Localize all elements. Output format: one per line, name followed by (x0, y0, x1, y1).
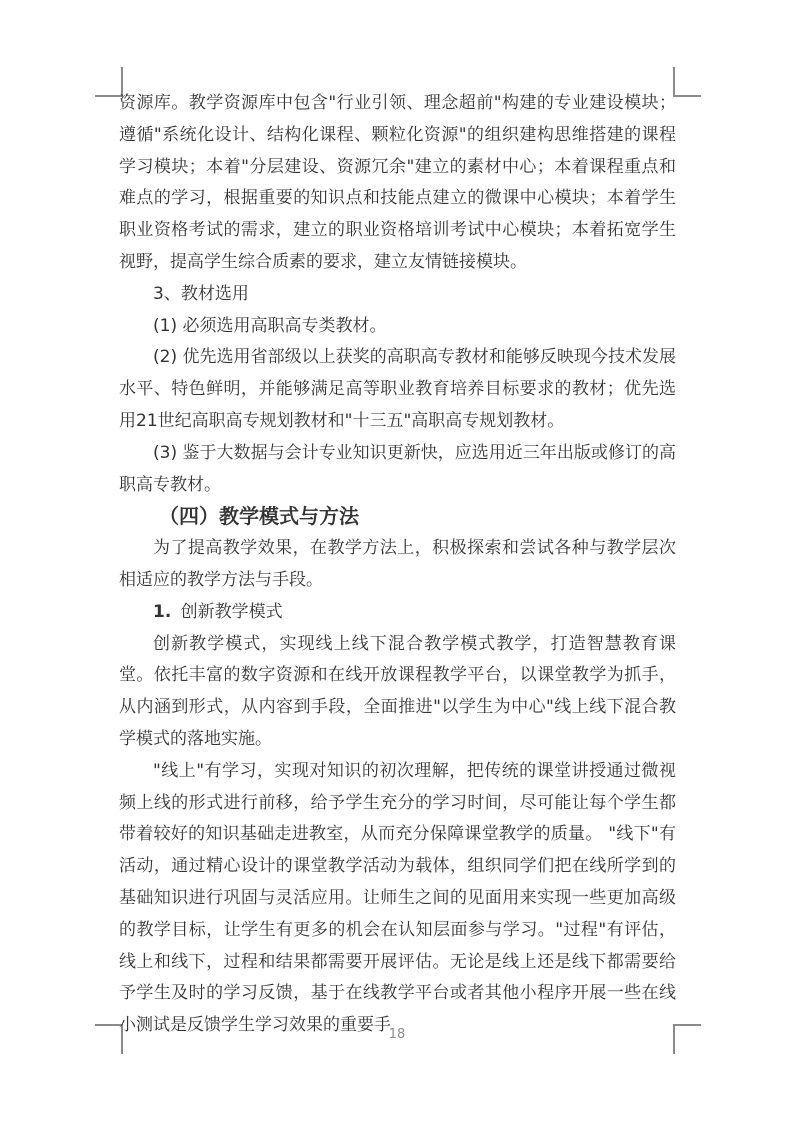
subsection-heading-textbook-selection: 3、教材选用 (119, 279, 676, 311)
subsection-number: 1. (153, 602, 171, 622)
document-page: 资源库。教学资源库中包含"行业引领、理念超前"构建的专业建设模块；遵循"系统化设… (0, 0, 794, 1123)
list-item-2: (2) 优先选用省部级以上获奖的高职高专教材和能够反映现今技术发展水平、特色鲜明… (119, 342, 676, 437)
section-heading-teaching-mode-methods: （四）教学模式与方法 (119, 501, 676, 533)
subsection-title: 创新教学模式 (181, 602, 283, 622)
paragraph-blended-teaching: 创新教学模式，实现线上线下混合教学模式教学，打造智慧教育课堂。依托丰富的数字资源… (119, 629, 676, 756)
crop-mark-top-right (673, 67, 701, 97)
list-item-1: (1) 必须选用高职高专类教材。 (119, 311, 676, 343)
paragraph-improve-teaching: 为了提高教学效果，在教学方法上，积极探索和尝试各种与教学层次相适应的教学方法与手… (119, 533, 676, 597)
paragraph-teaching-resources: 资源库。教学资源库中包含"行业引领、理念超前"构建的专业建设模块；遵循"系统化设… (119, 88, 676, 279)
subsection-heading-innovative-teaching-mode: 1.创新教学模式 (119, 597, 676, 629)
paragraph-online-offline-process: "线上"有学习，实现对知识的初次理解，把传统的课堂讲授通过微视频上线的形式进行前… (119, 756, 676, 1042)
list-item-3: (3) 鉴于大数据与会计专业知识更新快，应选用近三年出版或修订的高职高专教材。 (119, 438, 676, 502)
page-number: 18 (0, 1027, 794, 1042)
page-content: 资源库。教学资源库中包含"行业引领、理念超前"构建的专业建设模块；遵循"系统化设… (119, 88, 676, 1042)
